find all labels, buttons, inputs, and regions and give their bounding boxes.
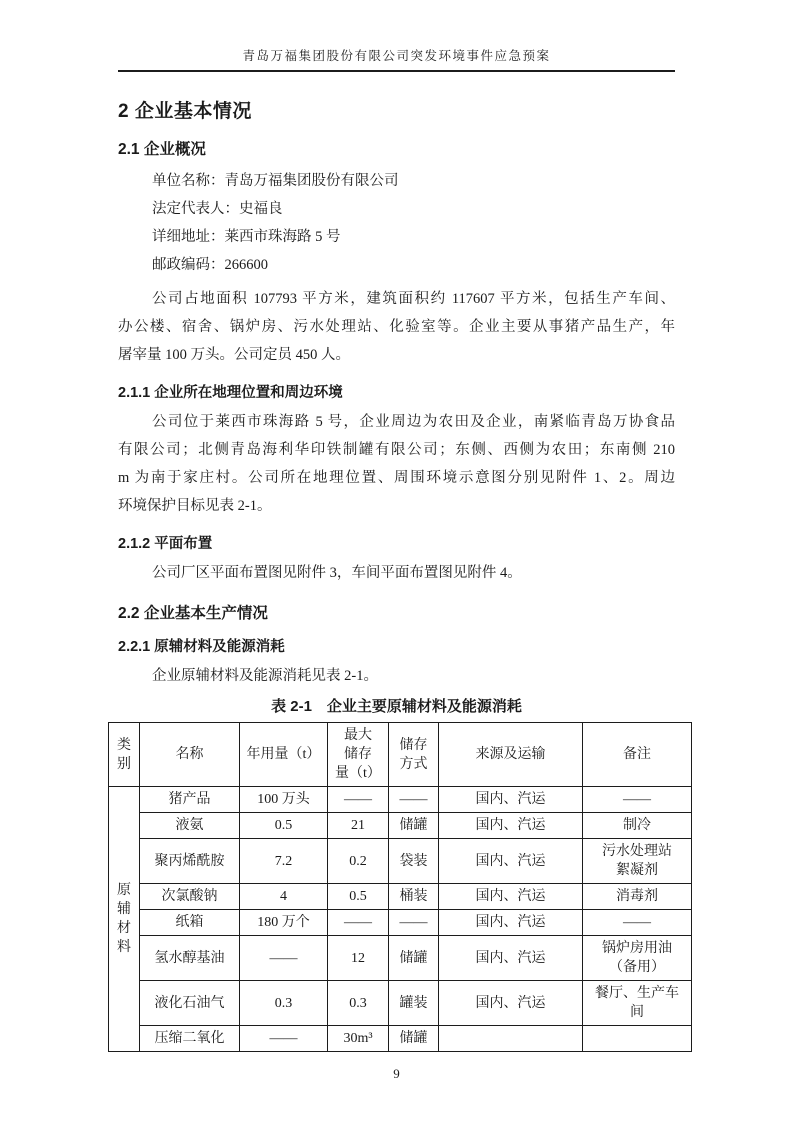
section-heading-2-2: 2.2 企业基本生产情况 [118, 601, 675, 623]
running-header: 青岛万福集团股份有限公司突发环境事件应急预案 [118, 0, 675, 72]
cell-name: 氢水醇基油 [140, 936, 240, 981]
chapter-heading: 2 企业基本情况 [118, 96, 675, 123]
cell-storage-mode: 储罐 [389, 813, 439, 839]
cell-storage-mode: 袋装 [389, 839, 439, 884]
company-info-list: 单位名称：青岛万福集团股份有限公司法定代表人：史福良详细地址：莱西市珠海路 5 … [118, 167, 675, 279]
column-header-name: 名称 [140, 723, 240, 787]
materials-table: 类 别 名称 年用量（t） 最大 储存 量（t） 储存 方式 来源及运输 备注 … [108, 722, 692, 1052]
cell-name: 纸箱 [140, 910, 240, 936]
table-row: 液氨 0.5 21 储罐 国内、汽运 制冷 [109, 813, 692, 839]
table-title: 表 2-1 企业主要原辅材料及能源消耗 [118, 696, 675, 718]
column-header-storage-mode: 储存 方式 [389, 723, 439, 787]
cell-max-storage: 0.2 [328, 839, 389, 884]
cell-name: 聚丙烯酰胺 [140, 839, 240, 884]
cell-category: 原 辅 材 料 [109, 787, 140, 1052]
page-content: 青岛万福集团股份有限公司突发环境事件应急预案 2 企业基本情况 2.1 企业概况… [118, 0, 675, 1082]
text-line: 企业原辅材料及能源消耗见表 2-1。 [118, 662, 675, 690]
cell-source: 国内、汽运 [439, 981, 583, 1026]
cell-source: 国内、汽运 [439, 813, 583, 839]
cell-storage-mode: —— [389, 787, 439, 813]
running-header-text: 青岛万福集团股份有限公司突发环境事件应急预案 [242, 49, 550, 63]
cell-annual-usage: 180 万个 [240, 910, 328, 936]
table-row: 压缩二氧化 —— 30m³ 储罐 [109, 1026, 692, 1052]
cell-name: 液氨 [140, 813, 240, 839]
page-number: 9 [118, 1066, 675, 1082]
cell-annual-usage: 0.5 [240, 813, 328, 839]
cell-note: 锅炉房用油 （备用） [583, 936, 692, 981]
text-line: 公司厂区平面布置图见附件 3，车间平面布置图见附件 4。 [118, 559, 675, 587]
text-line: 详细地址：莱西市珠海路 5 号 [118, 223, 675, 251]
text-line: 单位名称：青岛万福集团股份有限公司 [118, 167, 675, 195]
cell-storage-mode: 罐装 [389, 981, 439, 1026]
cell-note: —— [583, 910, 692, 936]
cell-source: 国内、汽运 [439, 839, 583, 884]
cell-note: 制冷 [583, 813, 692, 839]
cell-max-storage: 0.3 [328, 981, 389, 1026]
cell-max-storage: 21 [328, 813, 389, 839]
cell-storage-mode: 储罐 [389, 936, 439, 981]
cell-annual-usage: 7.2 [240, 839, 328, 884]
cell-note: 污水处理站 絮凝剂 [583, 839, 692, 884]
cell-max-storage: —— [328, 787, 389, 813]
text-line: 办公楼、宿舍、锅炉房、污水处理站、化验室等。企业主要从事猪产品生产，年 [118, 313, 675, 341]
text-line: 有限公司；北侧青岛海利华印铁制罐有限公司；东侧、西侧为农田；东南侧 210 [118, 436, 675, 464]
cell-max-storage: 30m³ [328, 1026, 389, 1052]
cell-annual-usage: 0.3 [240, 981, 328, 1026]
header-row: 类 别 名称 年用量（t） 最大 储存 量（t） 储存 方式 来源及运输 备注 [109, 723, 692, 787]
table-row: 液化石油气 0.3 0.3 罐装 国内、汽运 餐厅、生产车 间 [109, 981, 692, 1026]
materials-table-header: 类 别 名称 年用量（t） 最大 储存 量（t） 储存 方式 来源及运输 备注 [109, 723, 692, 787]
cell-annual-usage: —— [240, 936, 328, 981]
cell-source: 国内、汽运 [439, 910, 583, 936]
section-heading-2-1: 2.1 企业概况 [118, 137, 675, 159]
text-line: 公司占地面积 107793 平方米，建筑面积约 117607 平方米，包括生产车… [118, 285, 675, 313]
paragraph-company-area: 公司占地面积 107793 平方米，建筑面积约 117607 平方米，包括生产车… [118, 285, 675, 369]
column-header-max-storage: 最大 储存 量（t） [328, 723, 389, 787]
cell-note [583, 1026, 692, 1052]
text-line: 公司位于莱西市珠海路 5 号，企业周边为农田及企业，南紧临青岛万协食品 [118, 408, 675, 436]
cell-note: —— [583, 787, 692, 813]
cell-note: 消毒剂 [583, 884, 692, 910]
cell-source: 国内、汽运 [439, 936, 583, 981]
cell-source [439, 1026, 583, 1052]
table-row: 氢水醇基油 —— 12 储罐 国内、汽运 锅炉房用油 （备用） [109, 936, 692, 981]
section-heading-2-2-1: 2.2.1 原辅材料及能源消耗 [118, 635, 675, 656]
column-header-category: 类 别 [109, 723, 140, 787]
text-line: 屠宰量 100 万头。公司定员 450 人。 [118, 341, 675, 369]
paragraph-plant-layout: 公司厂区平面布置图见附件 3，车间平面布置图见附件 4。 [118, 559, 675, 587]
table-row: 次氯酸钠 4 0.5 桶装 国内、汽运 消毒剂 [109, 884, 692, 910]
text-line: 邮政编码：266600 [118, 251, 675, 279]
cell-storage-mode: 桶装 [389, 884, 439, 910]
table-row: 聚丙烯酰胺 7.2 0.2 袋装 国内、汽运 污水处理站 絮凝剂 [109, 839, 692, 884]
cell-name: 猪产品 [140, 787, 240, 813]
document-page: 青岛万福集团股份有限公司突发环境事件应急预案 2 企业基本情况 2.1 企业概况… [0, 0, 793, 1122]
cell-name: 压缩二氧化 [140, 1026, 240, 1052]
paragraph-location: 公司位于莱西市珠海路 5 号，企业周边为农田及企业，南紧临青岛万协食品有限公司；… [118, 408, 675, 520]
text-line: 法定代表人：史福良 [118, 195, 675, 223]
materials-table-body: 原 辅 材 料 猪产品 100 万头 —— —— 国内、汽运 —— 液氨 0.5… [109, 787, 692, 1052]
cell-annual-usage: 100 万头 [240, 787, 328, 813]
cell-annual-usage: —— [240, 1026, 328, 1052]
paragraph-materials-intro: 企业原辅材料及能源消耗见表 2-1。 [118, 662, 675, 690]
section-heading-2-1-2: 2.1.2 平面布置 [118, 532, 675, 553]
cell-storage-mode: —— [389, 910, 439, 936]
cell-name: 次氯酸钠 [140, 884, 240, 910]
column-header-annual-usage: 年用量（t） [240, 723, 328, 787]
column-header-source: 来源及运输 [439, 723, 583, 787]
text-line: 环境保护目标见表 2-1。 [118, 492, 675, 520]
column-header-note: 备注 [583, 723, 692, 787]
cell-max-storage: 12 [328, 936, 389, 981]
section-heading-2-1-1: 2.1.1 企业所在地理位置和周边环境 [118, 381, 675, 402]
text-line: m 为南于家庄村。公司所在地理位置、周围环境示意图分别见附件 1、2。周边 [118, 464, 675, 492]
cell-note: 餐厅、生产车 间 [583, 981, 692, 1026]
cell-name: 液化石油气 [140, 981, 240, 1026]
cell-source: 国内、汽运 [439, 787, 583, 813]
cell-annual-usage: 4 [240, 884, 328, 910]
cell-source: 国内、汽运 [439, 884, 583, 910]
table-row: 纸箱 180 万个 —— —— 国内、汽运 —— [109, 910, 692, 936]
cell-max-storage: —— [328, 910, 389, 936]
cell-max-storage: 0.5 [328, 884, 389, 910]
table-row: 原 辅 材 料 猪产品 100 万头 —— —— 国内、汽运 —— [109, 787, 692, 813]
cell-storage-mode: 储罐 [389, 1026, 439, 1052]
